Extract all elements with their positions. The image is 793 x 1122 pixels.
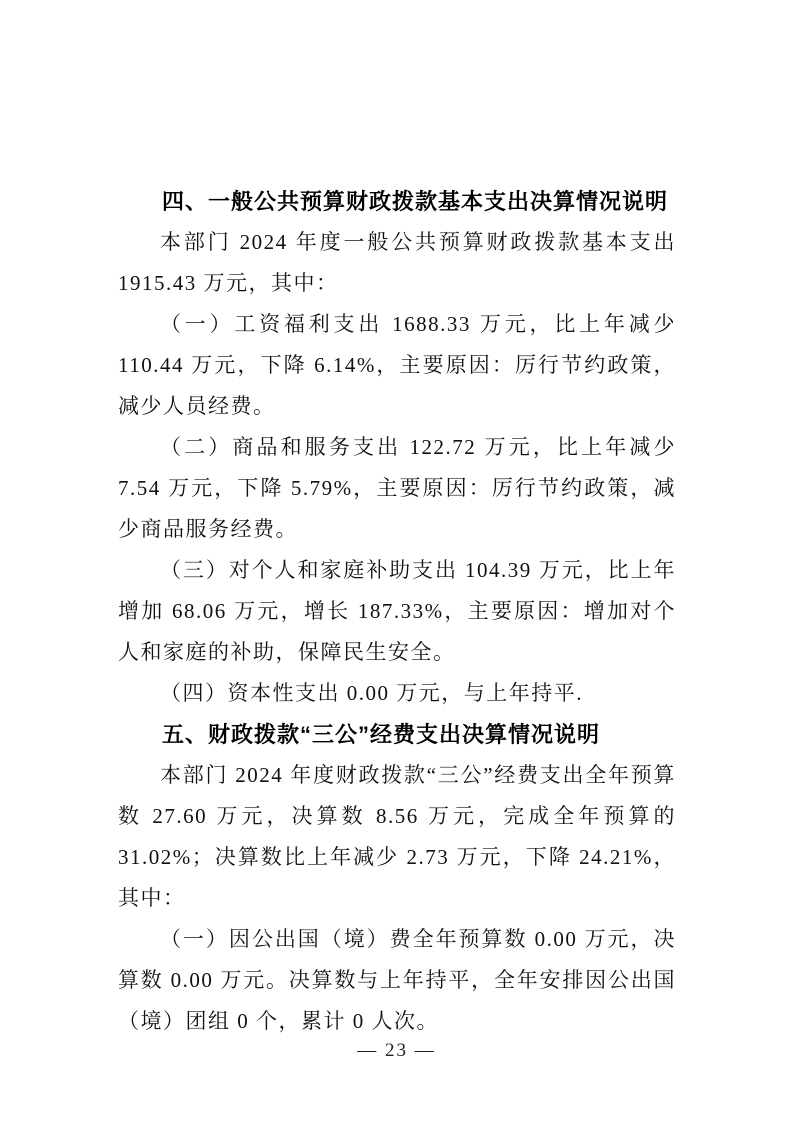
document-body: 四、一般公共预算财政拨款基本支出决算情况说明 本部门 2024 年度一般公共预算… [118,181,676,1042]
paragraph-basic-expenditure-total: 本部门 2024 年度一般公共预算财政拨款基本支出 1915.43 万元，其中： [118,222,676,304]
section-heading-three-public-funds: 五、财政拨款“三公”经费支出决算情况说明 [118,714,676,755]
paragraph-overseas-travel: （一）因公出国（境）费全年预算数 0.00 万元，决算数 0.00 万元。决算数… [118,919,676,1042]
section-heading-basic-expenditure: 四、一般公共预算财政拨款基本支出决算情况说明 [118,181,676,222]
paragraph-wage-welfare: （一）工资福利支出 1688.33 万元，比上年减少 110.44 万元，下降 … [118,304,676,427]
paragraph-capital-expenditure: （四）资本性支出 0.00 万元，与上年持平. [118,673,676,714]
paragraph-three-public-summary: 本部门 2024 年度财政拨款“三公”经费支出全年预算数 27.60 万元，决算… [118,755,676,919]
paragraph-goods-services: （二）商品和服务支出 122.72 万元，比上年减少 7.54 万元，下降 5.… [118,427,676,550]
page-number: — 23 — [0,1040,793,1062]
document-page: 四、一般公共预算财政拨款基本支出决算情况说明 本部门 2024 年度一般公共预算… [0,0,793,1122]
paragraph-individual-family-subsidy: （三）对个人和家庭补助支出 104.39 万元，比上年增加 68.06 万元，增… [118,550,676,673]
